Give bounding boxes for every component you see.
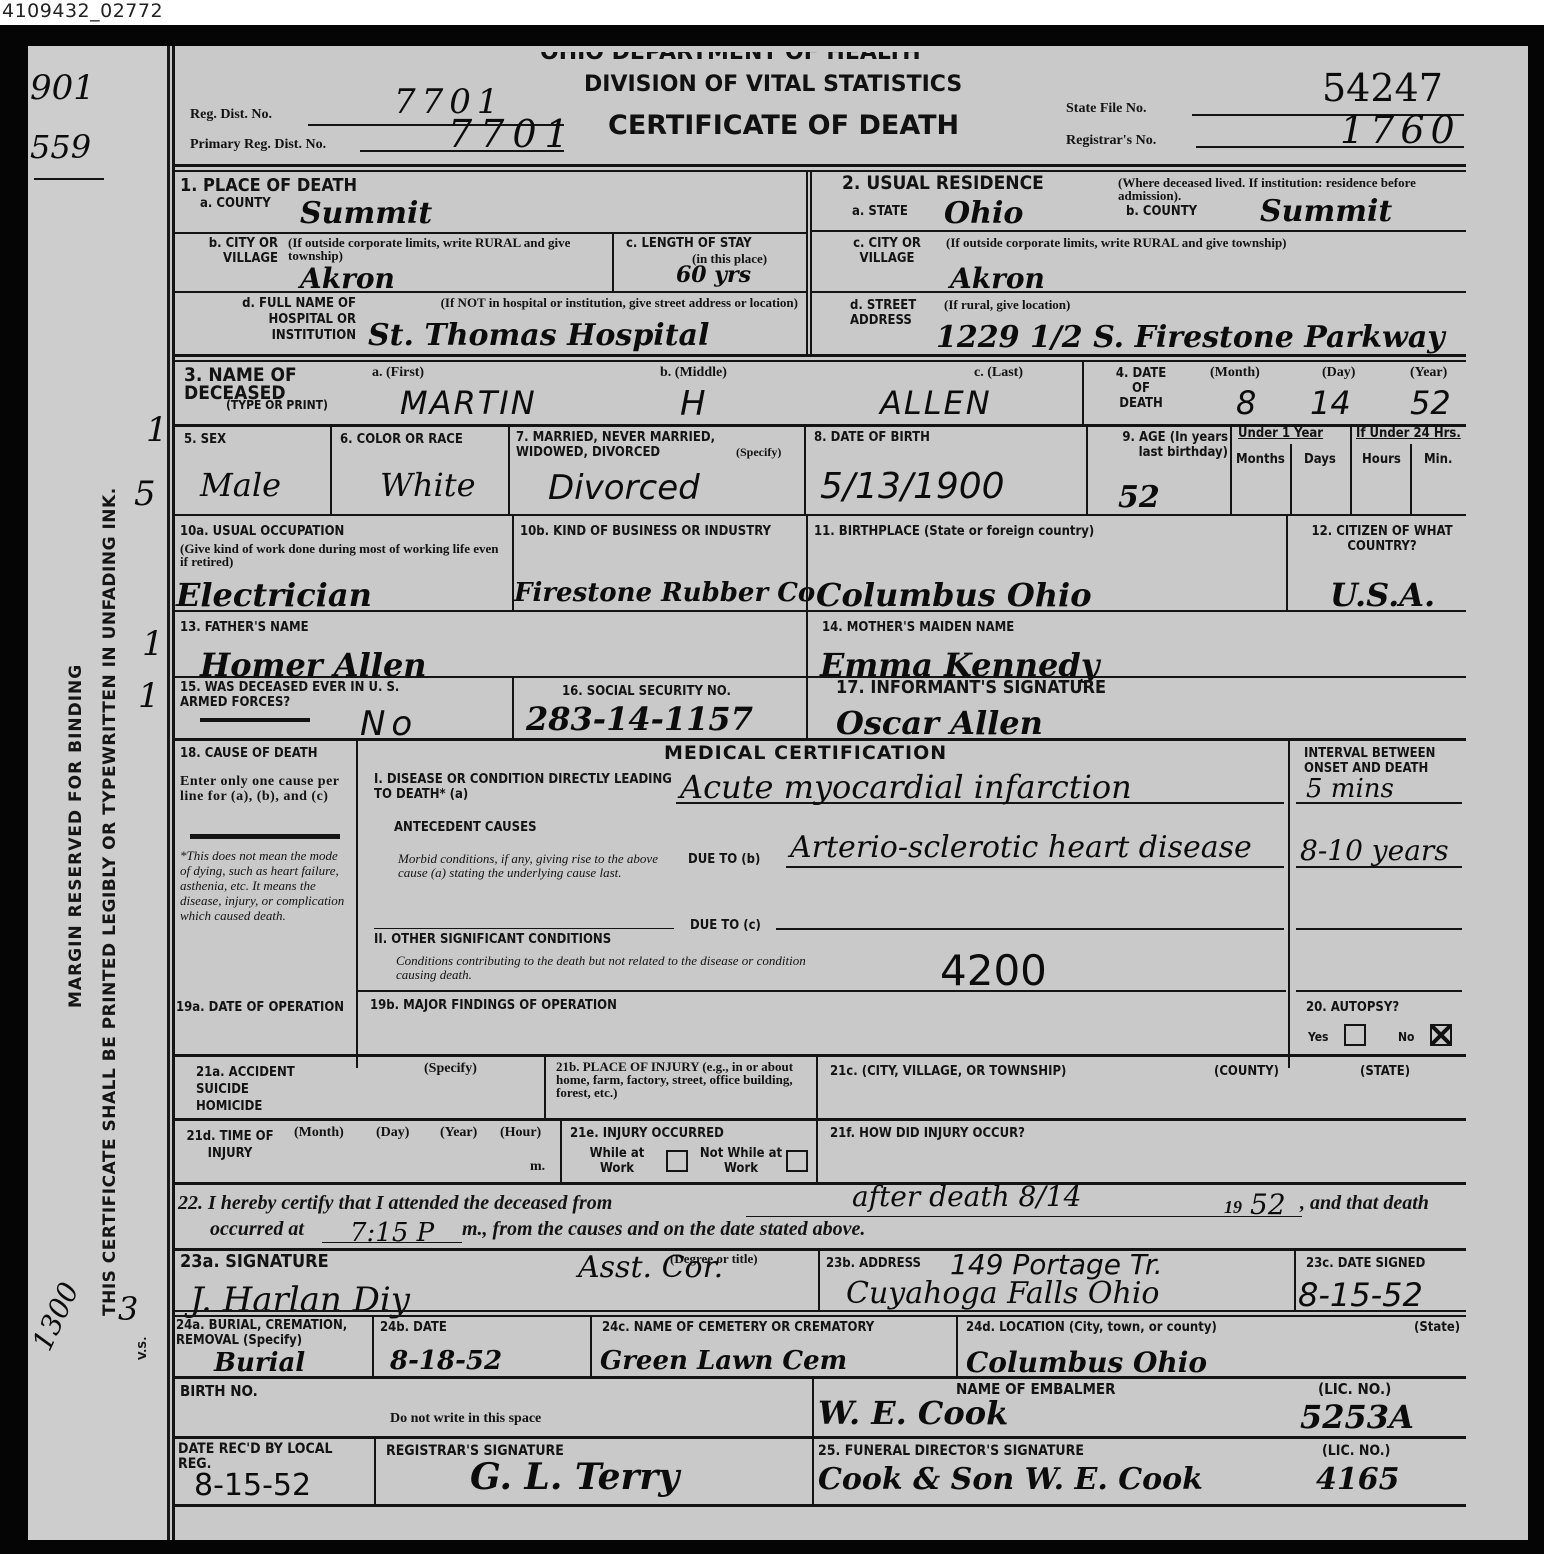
header-rule [172, 164, 1466, 167]
not-while-work-label: Not While at Work [698, 1146, 784, 1176]
divider-time-occurred [560, 1118, 562, 1182]
time-col-year: (Year) [440, 1126, 477, 1139]
divider-age-under1 [1230, 424, 1232, 514]
interval-c-line [1296, 928, 1462, 930]
res-city-note: (If outside corporate limits, write RURA… [946, 236, 1287, 249]
race-label: 6. COLOR OR RACE [340, 432, 463, 447]
res-row-line-2 [810, 291, 1466, 293]
image-caption: 4109432_02772 [2, 0, 163, 22]
margin-annotation-901: 901 [30, 68, 95, 108]
divider-race-marital [508, 424, 510, 514]
armed-dash [200, 718, 310, 722]
birth-no-label: BIRTH NO. [180, 1384, 258, 1399]
how-injury-label: 21f. HOW DID INJURY OCCUR? [830, 1126, 1025, 1141]
time-m-label: m. [530, 1160, 545, 1173]
death-city-note: (If outside corporate limits, write RURA… [288, 236, 604, 262]
divider-marital-dob [804, 424, 806, 514]
margin-annotation-1b: 1 [142, 624, 164, 664]
res-street-label: d. STREET ADDRESS [850, 298, 936, 328]
cause-footnote: *This does not mean the mode of dying, s… [180, 848, 350, 923]
death-county-label: a. COUNTY [200, 196, 271, 211]
autopsy-label: 20. AUTOPSY? [1306, 1000, 1399, 1015]
cause-c-line [776, 928, 1284, 930]
sex-value: Male [200, 466, 281, 504]
margin-annotation-vs: V.S. [136, 1337, 149, 1360]
business-label: 10b. KIND OF BUSINESS OR INDUSTRY [520, 524, 800, 539]
father-label: 13. FATHER'S NAME [180, 620, 309, 635]
other-line [356, 990, 1286, 992]
dob-label: 8. DATE OF BIRTH [814, 430, 930, 445]
marital-label: 7. MARRIED, NEVER MARRIED, WIDOWED, DIVO… [516, 430, 766, 460]
race-value: White [380, 466, 476, 504]
interval-a-value: 5 mins [1306, 774, 1394, 804]
place-of-injury-label: 21b. PLACE OF INJURY (e.g., in or about … [556, 1060, 806, 1099]
row-line-1 [172, 232, 808, 234]
divider-name-dod [1082, 360, 1084, 424]
degree-value: Asst. Cor. [578, 1250, 723, 1285]
registrars-label: Registrar's No. [1066, 134, 1156, 147]
not-while-work-checkbox[interactable] [786, 1150, 808, 1172]
margin-underline [34, 178, 104, 180]
reg-dist-label: Reg. Dist. No. [190, 108, 272, 121]
disposition-label: 24a. BURIAL, CREMATION, REMOVAL (Specify… [176, 1318, 376, 1348]
hours-label: Hours [1362, 452, 1401, 467]
burial-state-label: (State) [1414, 1320, 1460, 1335]
ssn-value: 283-14-1157 [526, 700, 753, 738]
row-line-13b [172, 1315, 1466, 1317]
cause-instruction-bar [190, 834, 340, 839]
divider-hours-min [1410, 444, 1412, 514]
burial-location-label: 24d. LOCATION (City, town, or county) [966, 1320, 1217, 1335]
dod-label: 4. DATE OF DEATH [1112, 366, 1170, 411]
burial-location-value: Columbus Ohio [966, 1346, 1207, 1379]
divider-dob-age [1086, 424, 1088, 514]
certify-line1-prefix: 22. I hereby certify that I attended the… [178, 1196, 612, 1210]
signature-value: J. Harlan Diy [190, 1280, 410, 1320]
other-conditions-note: Conditions contributing to the death but… [396, 954, 826, 982]
deceased-name-note: (TYPE OR PRINT) [226, 398, 328, 413]
funeral-director-value: Cook & Son W. E. Cook [818, 1462, 1203, 1497]
burial-date-value: 8-18-52 [390, 1346, 502, 1376]
row-line-6 [172, 610, 1466, 612]
division-title: DIVISION OF VITAL STATISTICS [584, 72, 962, 97]
row-line-15 [172, 1436, 1466, 1439]
birthplace-label: 11. BIRTHPLACE (State or foreign country… [814, 524, 1094, 539]
row-line-5 [172, 514, 1466, 516]
divider-sex-race [330, 424, 332, 514]
residence-label: 2. USUAL RESIDENCE [842, 176, 1044, 191]
divider-cemetery-location [956, 1315, 958, 1379]
citizen-label: 12. CITIZEN OF WHAT COUNTRY? [1296, 524, 1468, 554]
occupation-note: (Give kind of work done during most of w… [180, 542, 506, 568]
margin-annotation-3: 3 [118, 1290, 138, 1328]
divider-birth-embalmer [812, 1376, 814, 1506]
under1-label: Under 1 Year [1238, 426, 1323, 441]
divider-armed-ssn [512, 676, 514, 738]
divider-sig-address [818, 1248, 820, 1310]
interval-b-value: 8-10 years [1300, 834, 1449, 867]
divider-months-days [1290, 444, 1292, 514]
margin-annotation-5: 5 [134, 474, 156, 514]
divider-under1-under24 [1350, 424, 1352, 514]
mother-label: 14. MOTHER'S MAIDEN NAME [822, 620, 1014, 635]
stay-label: c. LENGTH OF STAY [626, 236, 752, 251]
injury-county-label: (COUNTY) [1214, 1064, 1279, 1079]
checkmark-x-icon [1430, 1024, 1452, 1046]
marital-value: Divorced [548, 468, 700, 508]
while-work-checkbox[interactable] [666, 1150, 688, 1172]
dod-year-value: 52 [1410, 384, 1451, 422]
injury-state-label: (STATE) [1360, 1064, 1410, 1079]
birthplace-value: Columbus Ohio [816, 576, 1092, 614]
divider-cause-medical [356, 738, 358, 1068]
divider-accident-place [544, 1054, 546, 1118]
time-col-day: (Day) [376, 1126, 409, 1139]
divider-recd-registrar [374, 1436, 376, 1506]
header-rule-2 [172, 170, 1466, 172]
funeral-lic-value: 4165 [1316, 1462, 1400, 1497]
business-value: Firestone Rubber Co [514, 578, 815, 608]
do-not-write-note: Do not write in this space [390, 1412, 541, 1425]
divider-place-residence-2 [810, 170, 812, 354]
embalmer-lic-label: (LIC. NO.) [1318, 1382, 1391, 1397]
stay-value: 60 yrs [676, 262, 751, 288]
disposition-value: Burial [214, 1348, 305, 1378]
certificate-title: CERTIFICATE OF DEATH [608, 110, 959, 141]
state-file-label: State File No. [1066, 102, 1146, 115]
middle-name-label: b. (Middle) [660, 366, 727, 379]
due-to-b-label: DUE TO (b) [688, 852, 760, 867]
divider-birthplace-citizen [1286, 514, 1288, 610]
res-row-line-1 [810, 230, 1466, 232]
divider-business-birthplace [806, 514, 808, 610]
informant-label: 17. INFORMANT'S SIGNATURE [836, 680, 1106, 695]
age-value: 52 [1118, 480, 1160, 515]
state-file-value: 54247 [1322, 66, 1443, 110]
attended-value: after death 8/14 [852, 1180, 1081, 1213]
while-work-label: While at Work [582, 1146, 652, 1176]
divider-address-date [1294, 1248, 1296, 1310]
margin-annotation-1a: 1 [146, 410, 168, 450]
row-line-8 [172, 738, 1466, 741]
row-line-9 [172, 1054, 1466, 1057]
dod-day-label: (Day) [1322, 366, 1355, 379]
ink-note: THIS CERTIFICATE SHALL BE PRINTED LEGIBL… [100, 487, 120, 1316]
address-line2: Cuyahoga Falls Ohio [846, 1276, 1159, 1311]
dod-month-value: 8 [1236, 384, 1256, 422]
primary-reg-dist-value: 7701 [448, 112, 577, 156]
row-line-10 [172, 1118, 1466, 1121]
certify-line1-suffix: , and that death [1300, 1196, 1429, 1210]
res-street-note: (If rural, give location) [944, 298, 1070, 311]
accident-specify: (Specify) [424, 1062, 477, 1075]
res-street-value: 1229 1/2 S. Firestone Parkway [936, 320, 1445, 355]
time-of-injury-label: 21d. TIME OF INJURY [180, 1128, 280, 1162]
death-county-value: Summit [300, 196, 432, 231]
funeral-director-label: 25. FUNERAL DIRECTOR'S SIGNATURE [818, 1444, 1084, 1459]
hospital-note: (If NOT in hospital or institution, give… [368, 296, 798, 309]
divider-city-stay [612, 232, 614, 292]
operation-findings-label: 19b. MAJOR FINDINGS OF OPERATION [370, 998, 617, 1013]
last-name-label: c. (Last) [974, 366, 1023, 379]
cause-instructions: Enter only one cause per line for (a), (… [180, 774, 350, 804]
year-value: 52 [1250, 1188, 1286, 1221]
interval-label: INTERVAL BETWEEN ONSET AND DEATH [1304, 746, 1464, 776]
res-county-label: b. COUNTY [1126, 204, 1197, 219]
res-state-value: Ohio [944, 196, 1023, 231]
embalmer-value: W. E. Cook [818, 1394, 1008, 1432]
embalmer-lic-value: 5253A [1300, 1398, 1414, 1436]
cause-b-line [786, 866, 1284, 868]
place-of-death-label: 1. PLACE OF DEATH [180, 178, 357, 193]
operation-date-label: 19a. DATE OF OPERATION [176, 1000, 356, 1015]
autopsy-no-label: No [1398, 1030, 1414, 1045]
citizen-value: U.S.A. [1330, 576, 1435, 614]
last-name-value: ALLEN [880, 384, 992, 422]
primary-reg-dist-label: Primary Reg. Dist. No. [190, 138, 326, 151]
accident-label: 21a. ACCIDENT SUICIDE HOMICIDE [196, 1064, 306, 1115]
row-line-2 [172, 291, 808, 293]
autopsy-yes-checkbox[interactable] [1344, 1024, 1366, 1046]
occupation-label: 10a. USUAL OCCUPATION [180, 524, 344, 539]
other-conditions-value: 4200 [940, 946, 1047, 995]
res-county-value: Summit [1260, 194, 1392, 229]
age-label: 9. AGE (In years last birthday) [1098, 430, 1228, 460]
first-name-label: a. (First) [372, 366, 424, 379]
divider-date-cemetery [590, 1315, 592, 1379]
medical-heading: MEDICAL CERTIFICATION [664, 742, 947, 764]
first-name-value: MARTIN [400, 384, 537, 422]
dod-day-value: 14 [1310, 384, 1351, 422]
autopsy-yes-label: Yes [1308, 1030, 1328, 1045]
res-city-label: c. CITY OR VILLAGE [850, 236, 924, 266]
cemetery-label: 24c. NAME OF CEMETERY OR CREMATORY [602, 1320, 874, 1335]
time-col-hour: (Hour) [500, 1126, 541, 1139]
cemetery-value: Green Lawn Cem [600, 1346, 847, 1376]
year-prefix: 19 [1224, 1200, 1242, 1214]
row-line-3b [172, 360, 1466, 362]
morbid-note: Morbid conditions, if any, giving rise t… [398, 852, 688, 880]
margin-annotation-559: 559 [30, 128, 91, 166]
divider-disp-date [372, 1315, 374, 1379]
cause-a-value: Acute myocardial infarction [680, 768, 1132, 806]
antecedent-label: ANTECEDENT CAUSES [394, 820, 537, 835]
certify-line2-suffix: m., from the causes and on the date stat… [462, 1222, 865, 1236]
days-label: Days [1304, 452, 1336, 467]
binding-note: MARGIN RESERVED FOR BINDING [66, 664, 86, 1008]
min-label: Min. [1424, 452, 1452, 467]
registrar-sig-value: G. L. Terry [470, 1456, 679, 1498]
res-state-label: a. STATE [852, 204, 908, 219]
autopsy-no-checkbox[interactable] [1430, 1024, 1452, 1046]
deceased-name-label: 3. NAME OF DECEASED [184, 366, 344, 402]
address-label: 23b. ADDRESS [826, 1256, 921, 1271]
hospital-value: St. Thomas Hospital [368, 318, 709, 353]
injury-location-label: 21c. (CITY, VILLAGE, OR TOWNSHIP) [830, 1064, 1066, 1079]
other-conditions-label: II. OTHER SIGNIFICANT CONDITIONS [374, 932, 611, 947]
time-value: 7:15 P [350, 1218, 434, 1248]
occurred-label: 21e. INJURY OCCURRED [570, 1126, 724, 1141]
row-line-3 [172, 354, 1466, 357]
divider-place-residence [806, 170, 808, 354]
attended-line [746, 1216, 1302, 1217]
ssn-label: 16. SOCIAL SECURITY NO. [562, 684, 731, 699]
marital-specify: (Specify) [736, 446, 781, 459]
divider-interval [1288, 738, 1290, 1068]
interval-d-line [1296, 990, 1462, 992]
cause-b-value: Arterio-sclerotic heart disease [790, 830, 1252, 865]
sex-label: 5. SEX [184, 432, 226, 447]
disease-label: I. DISEASE OR CONDITION DIRECTLY LEADING… [374, 772, 684, 802]
form-bottom-line [172, 1504, 1466, 1507]
margin-annotation-1c: 1 [138, 676, 160, 716]
informant-value: Oscar Allen [836, 704, 1043, 742]
date-recd-value: 8-15-52 [194, 1468, 311, 1503]
hospital-label: d. FULL NAME OF HOSPITAL OR INSTITUTION [200, 296, 356, 344]
row-line-11 [172, 1182, 1466, 1185]
under24-label: If Under 24 Hrs. [1356, 426, 1461, 441]
death-city-label: b. CITY OR VILLAGE [208, 236, 278, 266]
row-line-14 [172, 1376, 1466, 1379]
certify-line2-prefix: occurred at [210, 1222, 304, 1236]
row-line-13 [172, 1310, 1466, 1312]
signature-label: 23a. SIGNATURE [180, 1254, 329, 1269]
occupation-value: Electrician [176, 576, 372, 614]
row-line-7 [172, 676, 1466, 678]
dod-month-label: (Month) [1210, 366, 1260, 379]
months-label: Months [1236, 452, 1285, 467]
funeral-lic-label: (LIC. NO.) [1322, 1444, 1390, 1459]
time-col-month: (Month) [294, 1126, 344, 1139]
burial-date-label: 24b. DATE [380, 1320, 447, 1335]
father-value: Homer Allen [200, 646, 427, 684]
date-signed-label: 23c. DATE SIGNED [1306, 1256, 1425, 1271]
divider-ssn-informant [806, 676, 808, 738]
due-to-c-label: DUE TO (c) [690, 918, 761, 933]
middle-name-value: H [680, 384, 706, 424]
cause-label: 18. CAUSE OF DEATH [180, 746, 318, 761]
registrars-value: 1760 [1340, 108, 1461, 152]
due-to-c-line-left [374, 928, 674, 929]
divider-father-mother [806, 610, 808, 676]
dod-year-label: (Year) [1410, 366, 1447, 379]
date-signed-value: 8-15-52 [1298, 1276, 1423, 1314]
dob-value: 5/13/1900 [820, 466, 1005, 507]
